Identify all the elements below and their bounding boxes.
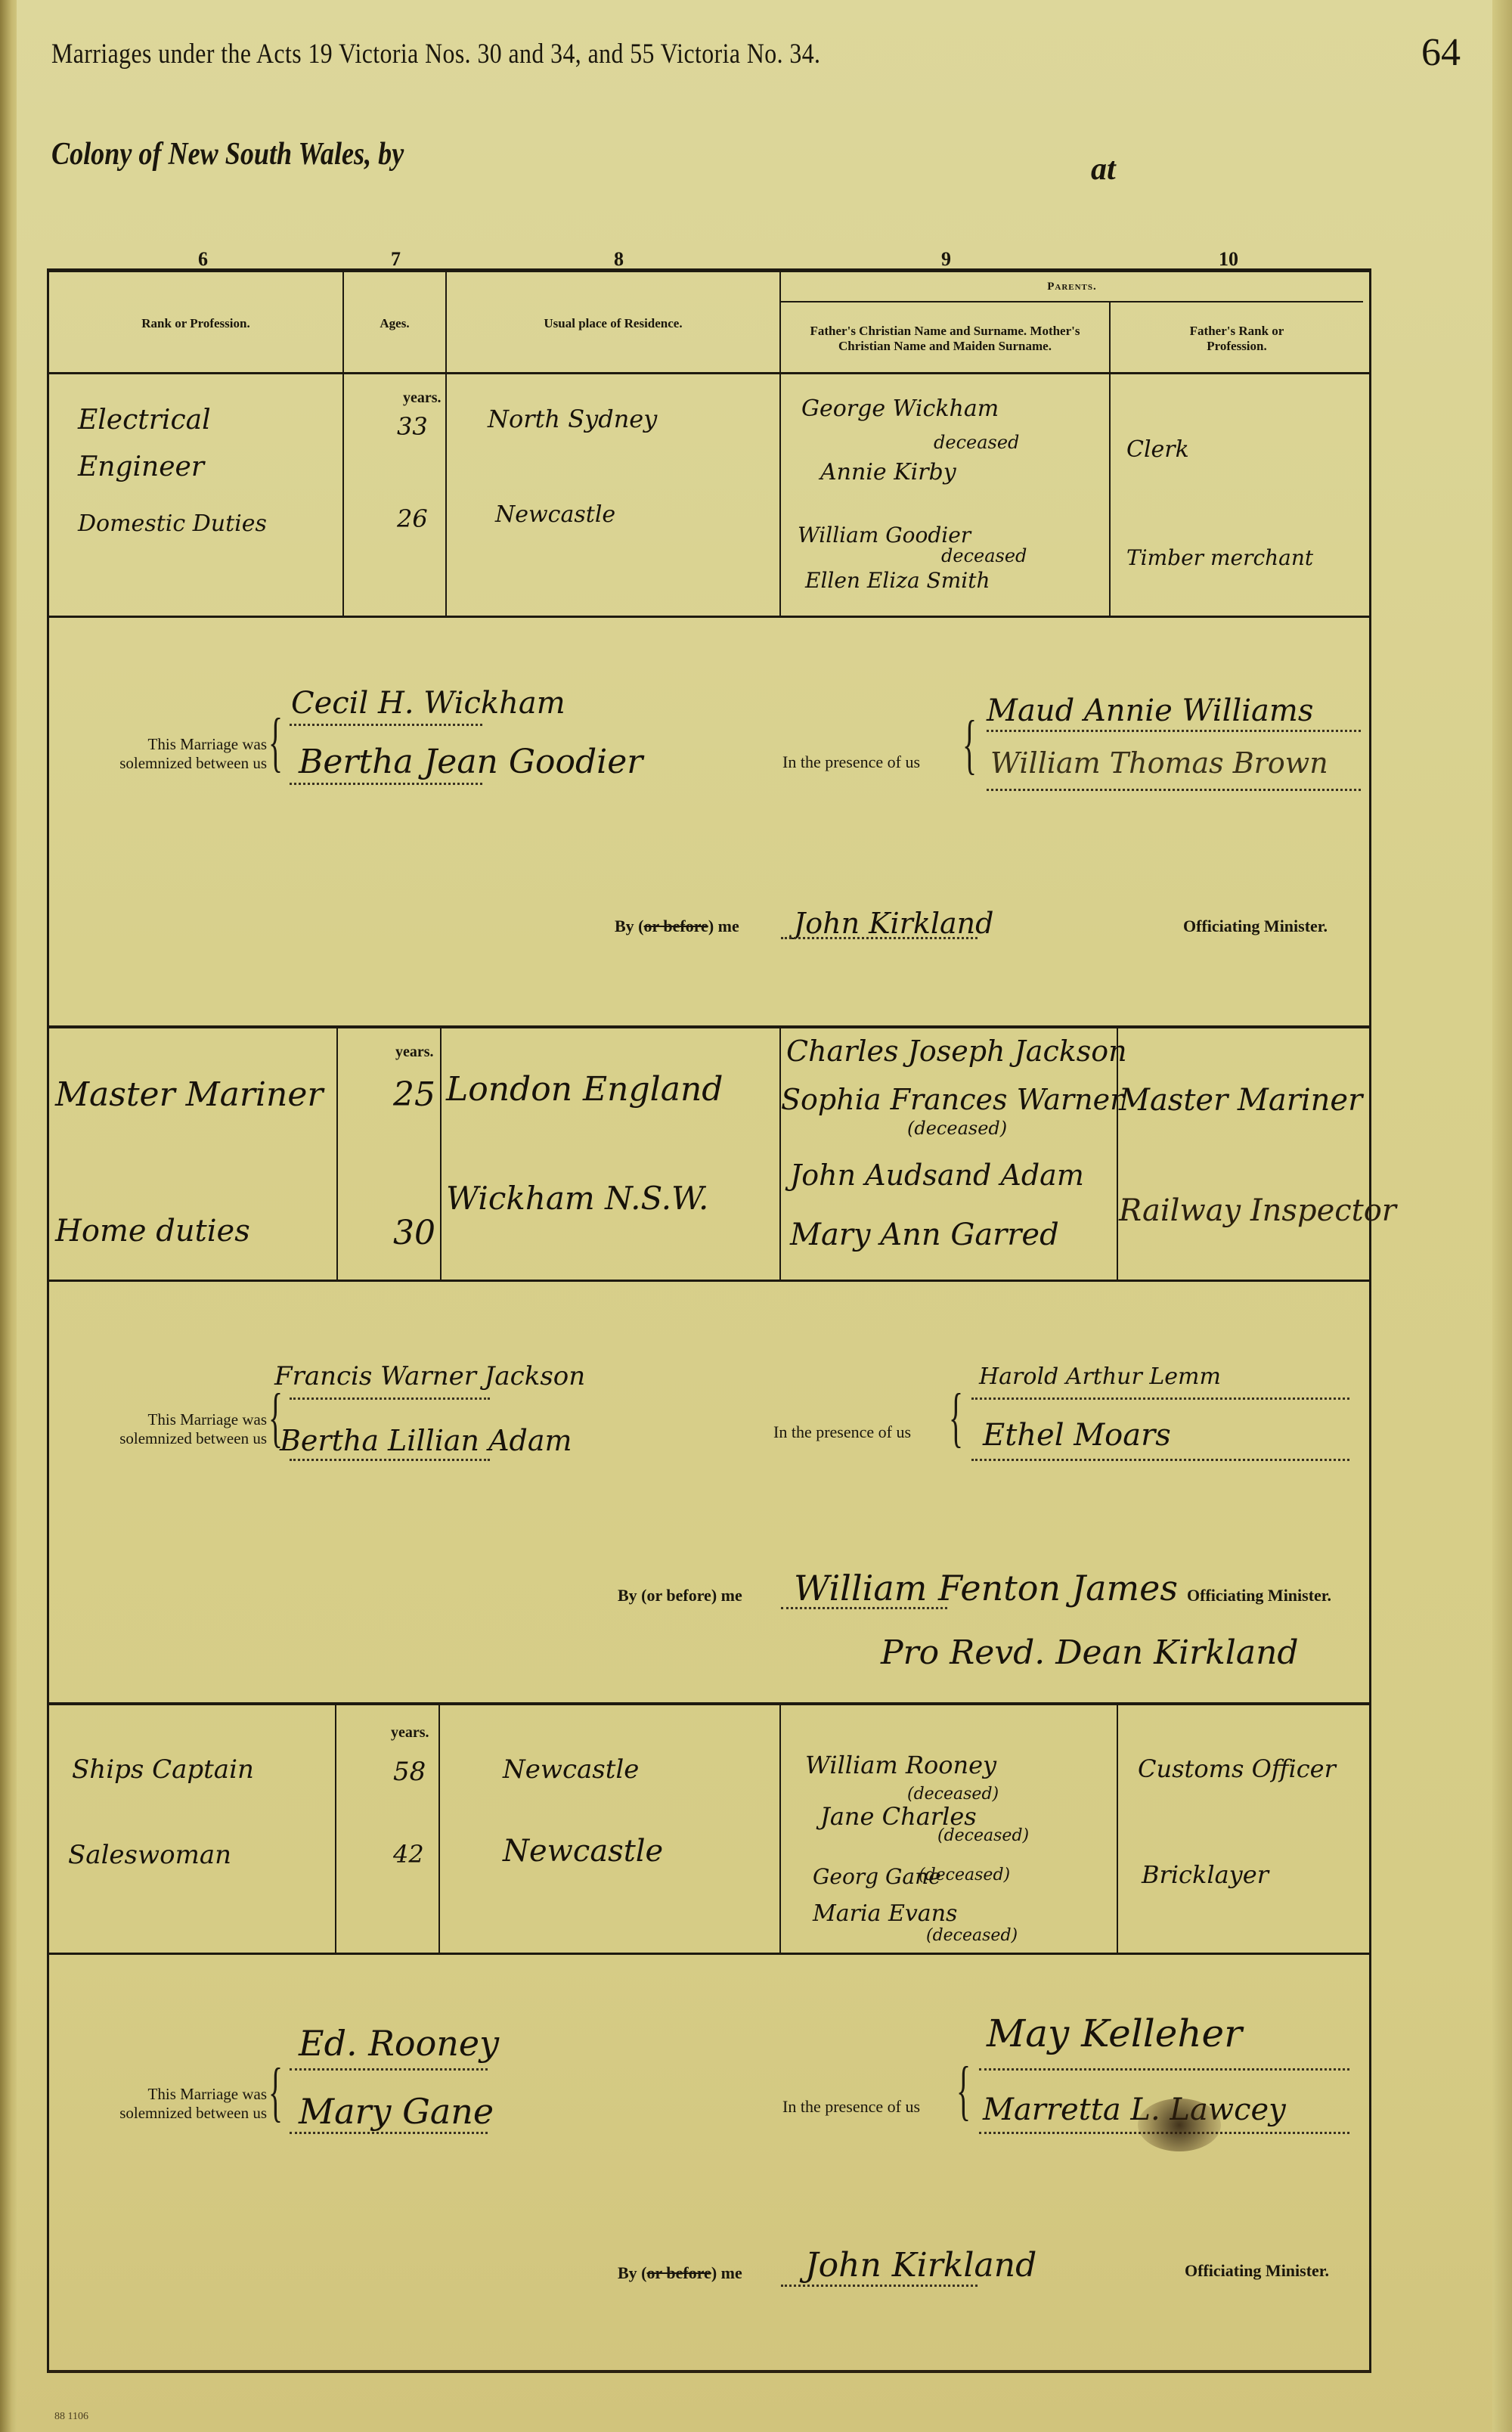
groom-father: William Rooney: [805, 1751, 996, 1779]
by-me-label: By (or before) me: [615, 917, 739, 936]
signature-line: [290, 2068, 488, 2071]
by-me-label: By (or before) me: [618, 2263, 742, 2283]
by-prefix: By (: [618, 2263, 647, 2282]
presence-label: In the presence of us: [773, 1422, 911, 1442]
groom-age: 25: [393, 1075, 435, 1114]
bride-mother: Maria Evans: [813, 1900, 957, 1927]
column-number-7: 7: [391, 248, 401, 271]
presence-label: In the presence of us: [782, 752, 920, 772]
groom-residence: London England: [446, 1070, 723, 1109]
groom-father-note: (deceased): [907, 1785, 999, 1804]
groom-mother-note: (deceased): [937, 1826, 1029, 1845]
groom-father: George Wickham: [801, 396, 999, 422]
witness1-signature: May Kelleher: [987, 2012, 1242, 2055]
bride-rank: Domestic Duties: [78, 510, 267, 537]
minister-signature: John Kirkland: [794, 907, 993, 940]
column-number-9: 9: [941, 248, 951, 271]
groom-residence: Newcastle: [503, 1754, 639, 1785]
column-divider: [779, 374, 781, 616]
solemnized-label-line1: This Marriage was: [64, 1410, 267, 1429]
column-number-6: 6: [198, 248, 208, 271]
signature-line: [971, 1459, 1349, 1461]
bride-rank: Home duties: [55, 1214, 250, 1249]
page-number: 64: [1421, 30, 1461, 75]
signature-line: [290, 783, 482, 785]
bride-signature: Bertha Lillian Adam: [280, 1424, 572, 1457]
groom-father-rank: Customs Officer: [1138, 1754, 1336, 1783]
entry-signatures: This Marriage was solemnized between us …: [49, 1955, 1369, 2377]
officiating-label: Officiating Minister.: [1187, 1586, 1331, 1605]
signature-line: [987, 789, 1361, 791]
by-suffix: ) me: [708, 917, 739, 935]
or-before-struck: or before: [644, 917, 708, 935]
years-label: years.: [391, 1724, 429, 1742]
groom-age: 58: [393, 1757, 426, 1787]
or-before-struck: or before: [647, 2263, 711, 2282]
column-divider: [1109, 374, 1111, 616]
groom-rank: Ships Captain: [72, 1754, 254, 1785]
groom-father-rank: Master Mariner: [1119, 1083, 1362, 1118]
brace-icon: {: [268, 2062, 283, 2123]
signature-line: [781, 2285, 978, 2287]
page-edge: [1492, 0, 1512, 2432]
ink-blot: [1138, 2099, 1221, 2151]
bride-father-note: (deceased): [919, 1866, 1010, 1884]
witness1-signature: Maud Annie Williams: [987, 693, 1313, 728]
bride-age: 26: [397, 504, 428, 533]
solemnized-label: This Marriage was solemnized between us: [64, 735, 267, 773]
bride-age: 42: [393, 1840, 424, 1869]
brace-icon: {: [962, 715, 977, 775]
bride-mother: Ellen Eliza Smith: [805, 568, 990, 593]
header-father-rank: Father's Rank or Profession.: [1111, 302, 1363, 374]
groom-rank: Master Mariner: [55, 1075, 323, 1114]
groom-mother: Annie Kirby: [820, 459, 956, 485]
bride-father: John Audsand Adam: [790, 1159, 1084, 1192]
entry-details: years. Electrical Engineer 33 North Sydn…: [49, 374, 1369, 618]
groom-father: Charles Joseph Jackson: [786, 1035, 1127, 1068]
minister-note: Pro Revd. Dean Kirkland: [881, 1633, 1299, 1672]
officiating-label: Officiating Minister.: [1183, 917, 1328, 936]
at-label: at: [1091, 151, 1116, 188]
bride-residence: Wickham N.S.W.: [446, 1180, 708, 1217]
bride-mother-note: (deceased): [926, 1926, 1018, 1945]
column-divider: [336, 1028, 338, 1280]
solemnized-label-line2: solemnized between us: [64, 1429, 267, 1448]
bride-father: William Goodier: [798, 523, 971, 548]
bride-father-note: deceased: [941, 545, 1027, 566]
groom-signature: Francis Warner Jackson: [274, 1361, 585, 1391]
bride-signature: Bertha Jean Goodier: [299, 743, 643, 781]
groom-residence: North Sydney: [488, 405, 657, 433]
header-parents-names: Father's Christian Name and Surname. Mot…: [781, 302, 1109, 374]
column-divider: [779, 1028, 781, 1280]
years-label: years.: [395, 1044, 434, 1061]
column-number-8: 8: [614, 248, 624, 271]
solemnized-label: This Marriage was solemnized between us: [64, 2085, 267, 2123]
header-residence: Usual place of Residence.: [447, 272, 779, 374]
presence-label: In the presence of us: [782, 2097, 920, 2117]
entry-details: years. Ships Captain 58 Newcastle Willia…: [49, 1705, 1369, 1955]
bride-rank: Saleswoman: [68, 1840, 231, 1870]
solemnized-label-line2: solemnized between us: [64, 2104, 267, 2123]
solemnized-label-line1: This Marriage was: [64, 735, 267, 754]
column-divider: [335, 1705, 336, 1953]
witness2-signature: Marretta L. Lawcey: [983, 2092, 1286, 2127]
signature-line: [781, 1607, 947, 1609]
column-divider: [445, 374, 447, 616]
bride-residence: Newcastle: [503, 1834, 663, 1869]
brace-icon: {: [268, 712, 283, 773]
witness1-signature: Harold Arthur Lemm: [979, 1363, 1221, 1390]
officiating-label: Officiating Minister.: [1185, 2261, 1329, 2281]
header-parents: Parents.: [781, 272, 1363, 302]
column-divider: [1117, 1705, 1118, 1953]
signature-line: [290, 724, 482, 726]
by-suffix: ) me: [711, 1586, 742, 1605]
column-divider: [342, 374, 344, 616]
groom-mother-note: (deceased): [907, 1118, 1007, 1139]
signature-line: [290, 2132, 488, 2134]
signature-line: [290, 1459, 490, 1461]
header-ages: Ages.: [344, 272, 445, 374]
solemnized-label-line2: solemnized between us: [64, 754, 267, 773]
or-before: or before: [647, 1586, 711, 1605]
groom-age: 33: [397, 412, 428, 441]
register-table: Rank or Profession. Ages. Usual place of…: [47, 268, 1371, 2373]
years-label: years.: [403, 389, 442, 407]
signature-line: [971, 1397, 1349, 1400]
solemnized-label: This Marriage was solemnized between us: [64, 1410, 267, 1448]
by-me-label: By (or before) me: [618, 1586, 742, 1605]
brace-icon: {: [949, 1388, 963, 1448]
column-divider: [438, 1705, 440, 1953]
minister-signature: John Kirkland: [805, 2246, 1036, 2285]
by-suffix: ) me: [711, 2263, 742, 2282]
by-prefix: By (: [615, 917, 644, 935]
groom-father-rank: Clerk: [1126, 436, 1189, 463]
bride-father-rank: Timber merchant: [1126, 545, 1313, 570]
bride-father-rank: Railway Inspector: [1119, 1193, 1396, 1228]
column-divider: [779, 1705, 781, 1953]
entry-signatures: This Marriage was solemnized between us …: [49, 618, 1369, 1028]
bride-father-rank: Bricklayer: [1142, 1860, 1269, 1889]
signature-line: [987, 730, 1361, 732]
bride-residence: Newcastle: [495, 501, 615, 528]
witness2-signature: Ethel Moars: [983, 1418, 1171, 1453]
signature-line: [781, 937, 978, 939]
bride-mother: Mary Ann Garred: [790, 1218, 1059, 1252]
printer-mark: 88 1106: [54, 2411, 88, 2423]
signature-line: [290, 1397, 490, 1400]
groom-signature: Cecil H. Wickham: [291, 686, 565, 721]
column-divider: [440, 1028, 442, 1280]
groom-rank: Electrical Engineer: [78, 397, 305, 491]
bride-age: 30: [393, 1214, 435, 1252]
header-rank: Rank or Profession.: [49, 272, 342, 374]
by-prefix: By (: [618, 1586, 647, 1605]
column-number-10: 10: [1219, 248, 1238, 271]
solemnized-label-line1: This Marriage was: [64, 2085, 267, 2104]
signature-line: [979, 2068, 1349, 2071]
groom-father-note: deceased: [934, 432, 1019, 453]
entry-signatures: This Marriage was solemnized between us …: [49, 1282, 1369, 1705]
entry-details: years. Master Mariner 25 London England …: [49, 1028, 1369, 1282]
witness2-signature: William Thomas Brown: [990, 746, 1328, 780]
brace-icon: {: [956, 2061, 971, 2121]
act-heading: Marriages under the Acts 19 Victoria Nos…: [51, 38, 820, 70]
groom-signature: Ed. Rooney: [299, 2023, 499, 2064]
colony-heading: Colony of New South Wales, by: [51, 136, 404, 172]
bride-signature: Mary Gane: [299, 2091, 494, 2132]
column-header-row: Rank or Profession. Ages. Usual place of…: [49, 272, 1369, 374]
groom-mother: Sophia Frances Warner: [781, 1083, 1123, 1116]
minister-signature: William Fenton James: [794, 1568, 1178, 1608]
